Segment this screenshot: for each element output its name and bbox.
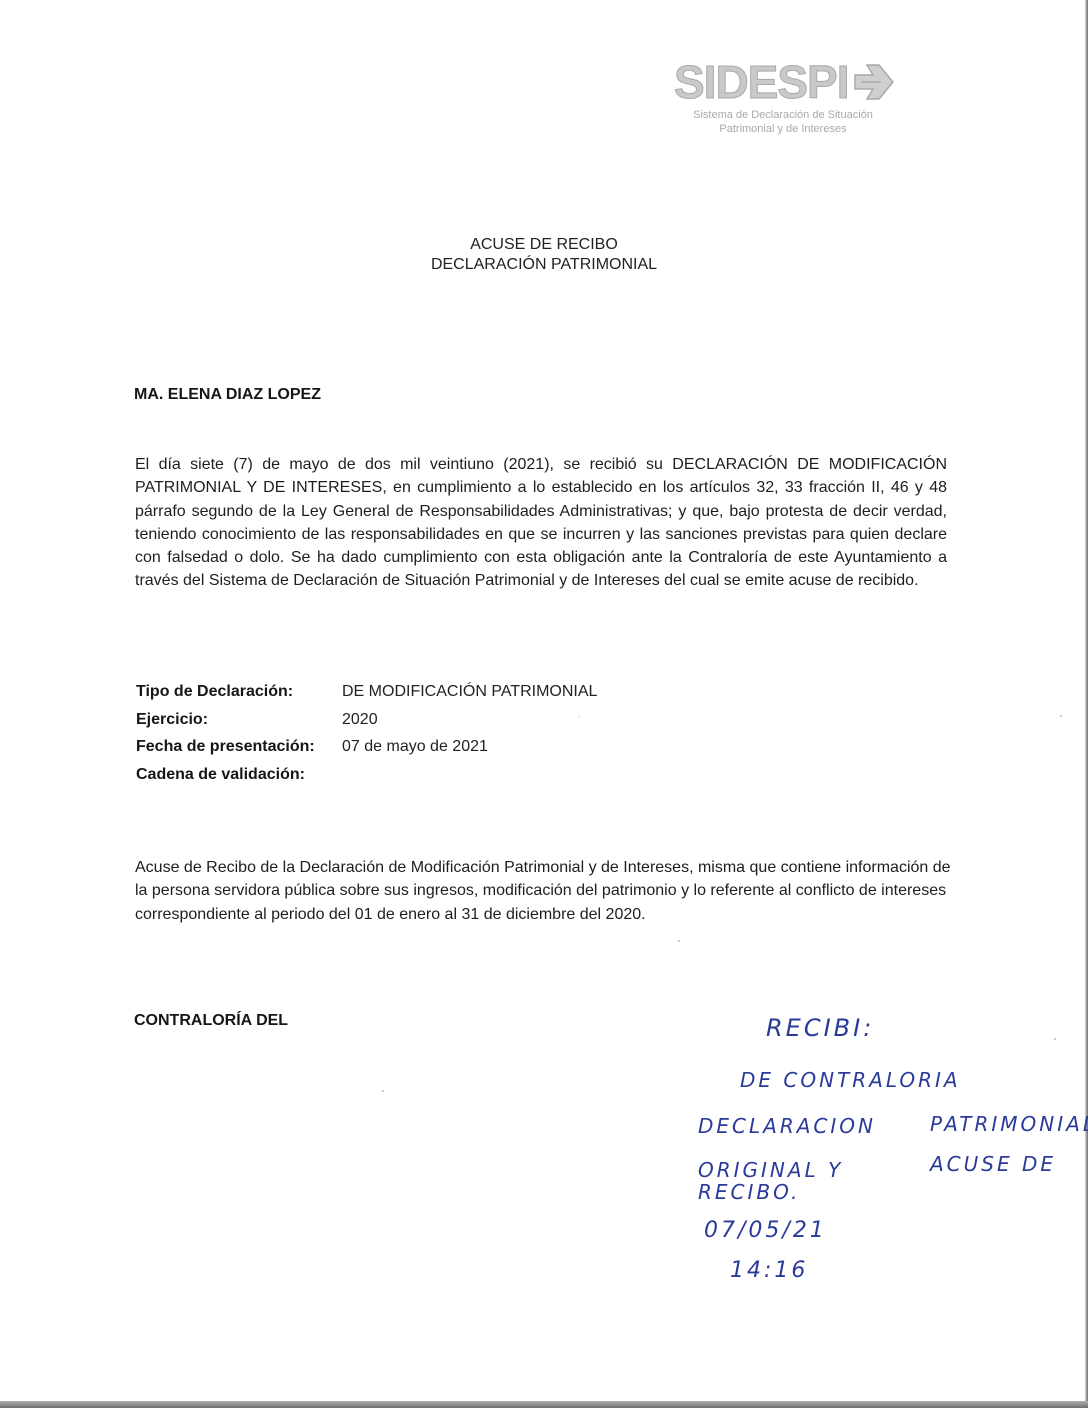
handwritten-line: ACUSE DE <box>930 1152 1056 1176</box>
body-paragraph-1: El día siete (7) de mayo de dos mil vein… <box>135 453 947 593</box>
logo-wordmark: SIDESPI <box>674 56 849 108</box>
scan-speck <box>1060 715 1062 717</box>
field-label: Fecha de presentación: <box>136 733 342 761</box>
scan-speck <box>1054 1038 1056 1040</box>
scan-speck <box>678 940 680 942</box>
declaration-fields: Tipo de Declaración: DE MODIFICACIÓN PAT… <box>136 678 597 788</box>
logo-subtitle-line1: Sistema de Declaración de Situación <box>670 108 896 122</box>
logo-subtitle-line2: Patrimonial y de Intereses <box>670 122 896 136</box>
field-value: 07 de mayo de 2021 <box>342 733 488 761</box>
field-row-tipo: Tipo de Declaración: DE MODIFICACIÓN PAT… <box>136 678 597 706</box>
handwritten-line: 07/05/21 <box>704 1218 827 1243</box>
sidespi-logo: SIDESPI Sistema de Declaración de Situac… <box>668 56 898 146</box>
field-label: Ejercicio: <box>136 706 342 734</box>
field-row-fecha: Fecha de presentación: 07 de mayo de 202… <box>136 733 597 761</box>
scan-speck <box>578 716 580 718</box>
document-title: ACUSE DE RECIBO DECLARACIÓN PATRIMONIAL <box>0 235 1088 275</box>
handwritten-note: RECIBI: DE CONTRALORIA DECLARACION PATRI… <box>690 1000 1070 1300</box>
handwritten-line: ORIGINAL Y <box>698 1158 843 1182</box>
handwritten-line: 14:16 <box>730 1258 808 1283</box>
recipient-name: MA. ELENA DIAZ LOPEZ <box>134 386 321 404</box>
handwritten-line: RECIBI: <box>766 1014 874 1042</box>
handwritten-line: DECLARACION <box>698 1114 876 1138</box>
field-row-ejercicio: Ejercicio: 2020 <box>136 706 597 734</box>
handwritten-line: PATRIMONIAL <box>930 1112 1088 1136</box>
handwritten-line: RECIBO. <box>698 1180 800 1204</box>
title-line1: ACUSE DE RECIBO <box>0 235 1088 255</box>
field-row-cadena: Cadena de validación: <box>136 761 597 789</box>
field-label: Cadena de validación: <box>136 761 342 789</box>
body-paragraph-2: Acuse de Recibo de la Declaración de Mod… <box>135 856 955 926</box>
scan-edge-bottom <box>0 1401 1088 1408</box>
signature-label: CONTRALORÍA DEL <box>134 1012 288 1030</box>
arrow-right-icon <box>851 59 897 105</box>
title-line2: DECLARACIÓN PATRIMONIAL <box>0 255 1088 275</box>
field-label: Tipo de Declaración: <box>136 678 342 706</box>
field-value: 2020 <box>342 706 378 734</box>
handwritten-line: DE CONTRALORIA <box>740 1068 961 1092</box>
field-value: DE MODIFICACIÓN PATRIMONIAL <box>342 678 597 706</box>
scan-speck <box>382 1090 384 1092</box>
